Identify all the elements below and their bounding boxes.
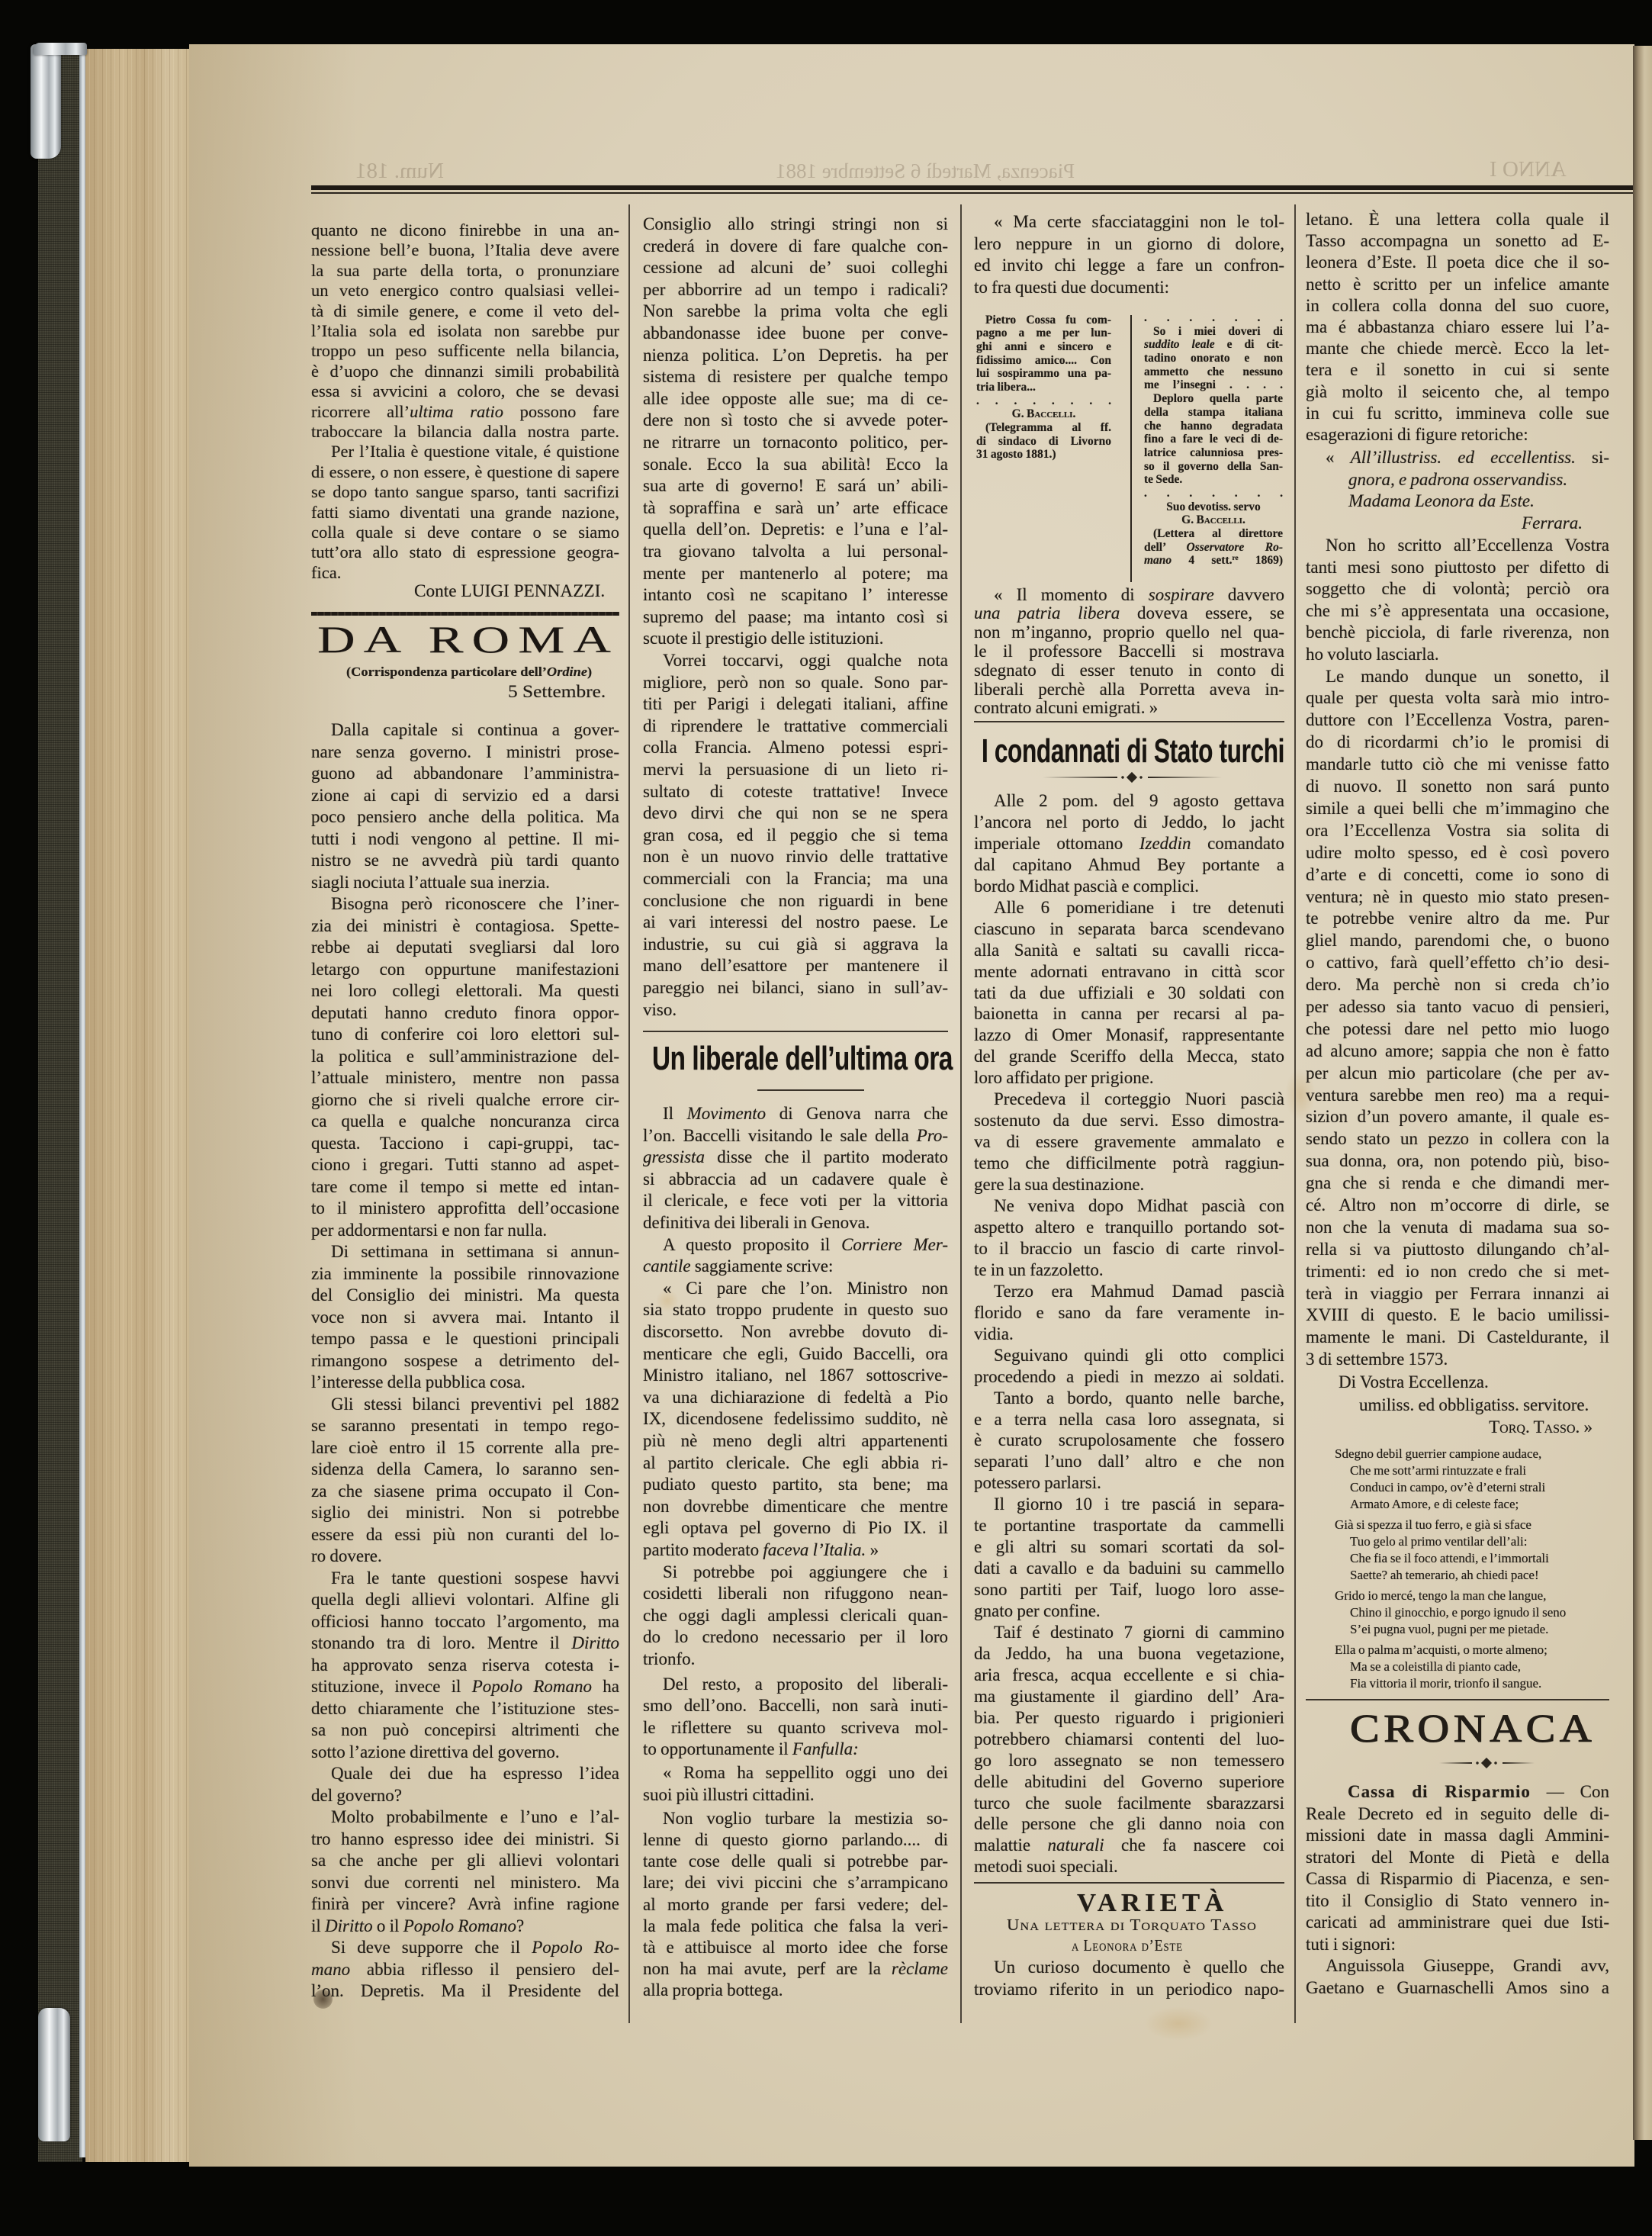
text-line: detto chiaramente che l’istituzione stes… (311, 1698, 619, 1720)
italic-text: Pro- (917, 1126, 948, 1145)
text-line: nistro se ne avvedrà più tardi quanto (311, 850, 619, 872)
text-line: Ma se a coleistilla di pianto cade, (1306, 1659, 1609, 1675)
text-line: Alle 6 pomeridiane i tre detenuti (974, 897, 1284, 919)
text-line: XVIII di questo. E le bacio umilissi- (1306, 1305, 1609, 1327)
text-line: ciascuno in separata barca scendevano (974, 919, 1284, 940)
italic-text: Corriere Mer- (841, 1235, 948, 1254)
article-headline: Un liberale dell’ultima ora (643, 1042, 948, 1079)
text-line: rimangono sospese a detrimento del- (311, 1350, 619, 1372)
text-line: Non ho scritto all’Eccellenza Vostra (1306, 535, 1609, 557)
text-line: cosidetti liberali non rifuggono nean- (643, 1583, 948, 1605)
text-line: IX, dicendosene fedelissimo suddito, nè (643, 1408, 948, 1430)
text-line: imperiale ottomano Izeddin comandato (974, 833, 1284, 854)
text-line: Si deve supporre che il Popolo Ro- (311, 1937, 619, 1959)
italic-text: ultima ratio (410, 402, 503, 421)
dateline-text: 5 Settembre. (508, 682, 606, 702)
small-caps-name: G. Baccelli. (1181, 513, 1245, 526)
text-line: Pietro Cossa fu com- (976, 314, 1111, 327)
text-line: mente adornati entravano in città scor (974, 961, 1284, 983)
subheading-text: Una lettera di Torquato Tasso (1007, 1916, 1257, 1933)
text-line: l’attuale ministero, mentre non passa (311, 1067, 619, 1089)
paragraph: Tanto a bordo, quanto nelle barche,e a t… (974, 1388, 1284, 1494)
text-line: migliore, però non so quale. Sono par- (643, 672, 948, 694)
paragraph: Fra le tante questioni sospese havviquel… (311, 1568, 619, 1764)
text-line: sotto l’azione direttiva del governo. (311, 1742, 619, 1764)
text-line: loro affidato per prigione. (974, 1067, 1284, 1089)
text-line: Tuo gelo al primo ventilar dell’ali: (1306, 1533, 1609, 1550)
newspaper-page-scan: Num. 181 Piacenza, Martedì 6 Settembre 1… (0, 0, 1652, 2236)
text-line: al morto grande per farsi vedere; del- (643, 1894, 948, 1916)
italic-text: All’illustriss. ed eccellentiss. (1351, 448, 1576, 467)
endpaper-edge (79, 53, 85, 2157)
italic-text: gressista (643, 1147, 705, 1166)
text-line: « Il momento di sospirare davvero (974, 586, 1284, 605)
text-line: mandarle tutto ciò che mi venisse fatto (1306, 754, 1609, 776)
text-line: finirà per vincere? Avrà infine ragione (311, 1893, 619, 1916)
text-run: to opportunamente il (643, 1739, 792, 1758)
text-run: comandato (1191, 834, 1284, 853)
text-line: che mi s’è appresentata una occasione, (1306, 600, 1609, 623)
italic-text: suddito leale (1144, 338, 1215, 351)
text-line: Grido io mercé, tengo la man che langue, (1306, 1588, 1609, 1604)
text-line: devo dirvi che qui non se ne spera (643, 803, 948, 825)
text-line: S’ei pugna vuol, pugni per me pietade. (1306, 1621, 1609, 1638)
text-line: mano 4 sett.re 1869) (1144, 554, 1283, 568)
text-line: ricorrere all’ultima ratio possono fare (311, 402, 619, 422)
text-line: per addormentarsi e non far nulla. (311, 1220, 619, 1242)
text-line: te portantine trasportate da cammelli (974, 1515, 1284, 1536)
text-run: Si deve supporre che il (331, 1938, 532, 1957)
superscript: re (1233, 555, 1239, 562)
text-line: quale per questa volta sarà mio intro- (1306, 687, 1609, 709)
italic-text: Movimento (687, 1104, 766, 1123)
page-edges-stack (85, 49, 191, 2162)
text-run: il (311, 1916, 325, 1935)
text-line: Cassa di Risparmio — Con (1306, 1781, 1609, 1803)
text-line: duttore con l’Eccellenza Vostra, paren- (1306, 709, 1609, 732)
text-line: tempo passa e le questioni principali (311, 1328, 619, 1350)
text-line: colla quale si deve contare o se siamo (311, 523, 619, 542)
text-line: ed invito chi legge a fare un confron- (974, 255, 1284, 277)
text-line: cé. Altro non m’occorre di dirle, se (1306, 1195, 1609, 1217)
text-line: aria fresca, acqua eccellente e si chia- (974, 1665, 1284, 1686)
text-line: contrato alcuni emigrati. » (974, 699, 1284, 718)
text-line: sa non può concepirsi altrimenti che (311, 1720, 619, 1742)
text-line: tare come il tempo si mette ed intan- (311, 1176, 619, 1198)
text-line: già molto il seicento che, al tempo (1306, 381, 1609, 403)
text-line: potessero parlarsi. (974, 1472, 1284, 1494)
text-line: Non voglio turbare la mestizia so- (643, 1808, 948, 1829)
italic-text: rèclame (892, 1959, 948, 1978)
ornament-icon (1472, 1758, 1503, 1768)
text-line: non che la venuta di madama sua so- (1306, 1217, 1609, 1239)
text-line: « Roma ha seppellito oggi uno dei (643, 1762, 948, 1784)
column-1: quanto ne dicono finirebbe in una an-nes… (311, 0, 619, 2236)
text-line: G. Baccelli. (1144, 513, 1283, 527)
text-line: Ne veniva dopo Midhat pascià con (974, 1195, 1284, 1217)
text-line: udire molto spesso, ed è così povero (1306, 842, 1609, 864)
text-line: ho voluto lasciarla. (1306, 644, 1609, 666)
text-run: ? (516, 1916, 524, 1935)
text-line: del governo? (311, 1785, 619, 1807)
text-line: colla Francia. Almeno potessi espri- (643, 737, 948, 759)
text-line: Che fia se il foco attendi, e l’immortal… (1306, 1550, 1609, 1567)
text-line: 31 agosto 1881.) (976, 448, 1111, 462)
text-line: Suo devotiss. servo (1144, 500, 1283, 514)
column-divider-1 (628, 204, 630, 2023)
document-right: . . . . . . .So i miei doveri disuddito … (1144, 311, 1283, 568)
column-divider-3 (1294, 204, 1296, 2023)
text-run: e di cit- (1215, 338, 1283, 351)
text-line: . . . . . . . (1144, 311, 1283, 325)
text-line: da Jeddo, ha una buona vegetazione, (974, 1643, 1284, 1665)
paragraph: Si potrebbe poi aggiungere che icosidett… (643, 1562, 948, 1671)
text-line: deputati hanno creduto finora oppor- (311, 1002, 619, 1025)
text-line: Bisogna però riconoscere che l’iner- (311, 893, 619, 915)
text-line: se saranno presentati in tempo rego- (311, 1415, 619, 1437)
text-line: crederá in dovere di fare qualche con- (643, 236, 948, 258)
text-line: sono partiti per Taif, luogo loro asse- (974, 1579, 1284, 1601)
italic-text: gnora, e padrona osservandiss. (1348, 470, 1567, 489)
text-run: non ha mai avute, perf are la (643, 1959, 892, 1978)
text-line: se dopo tanto sangue sparso, tanti sacri… (311, 482, 619, 502)
text-line: va una dichiarazione di fedeltà a Pio (643, 1387, 948, 1409)
text-run: l’on. Baccelli visitando le sale della (643, 1126, 917, 1145)
text-line: lazzo di Omer Monasif, rappresentante (974, 1025, 1284, 1046)
paragraph: Le mando dunque un sonetto, ilquale per … (1306, 666, 1609, 1372)
text-line: letargo con oppurtune manifestazioni (311, 959, 619, 981)
text-line: viso. (643, 999, 948, 1021)
page-gutter-shadow (1633, 46, 1652, 2140)
paragraph: letano. È una lettera colla quale ilTass… (1306, 209, 1609, 446)
column-3: « Ma certe sfacciataggini non le tol-ler… (974, 0, 1284, 2236)
text-line: ad alcuno amore; sappia che non è fatto (1306, 1041, 1609, 1063)
text-line: è curato scrupolosamente che fossero (974, 1430, 1284, 1451)
text-line: gere la sua destinazione. (974, 1174, 1284, 1195)
text-line: tà di simile genere, e come il veto del- (311, 301, 619, 321)
text-line: sistema di resistere per qualche tempo (643, 366, 948, 388)
paragraph: « Ci pare che l’on. Ministro nonsia stat… (643, 1278, 948, 1562)
paragraph: Terzo era Mahmud Damad pasciàflorido e s… (974, 1281, 1284, 1345)
paragraph: Precedeva il corteggio Nuori pasciàsoste… (974, 1089, 1284, 1195)
text-line: siagli nociuta l’attuale sua inerzia. (311, 872, 619, 894)
text-line: sdegnato di esser tenuto in conto di (974, 661, 1284, 680)
paragraph: Consiglio allo stringi stringi non sicre… (643, 214, 948, 650)
text-line: di sindaco di Livorno (976, 435, 1111, 449)
letter-closing: Di Vostra Eccellenza.umiliss. ed obbliga… (1306, 1371, 1609, 1439)
text-line: do di ricordarmi ch’io le promisi di (1306, 732, 1609, 754)
text-line: Si potrebbe poi aggiungere che i (643, 1562, 948, 1584)
text-line: « All’illustriss. ed eccellentiss. si- (1306, 447, 1609, 469)
metal-corner-clip-top-cap (34, 43, 87, 55)
text-line: (Lettera al direttore (1144, 527, 1283, 541)
text-line: stonando tra di loro. Mentre il Diritto (311, 1633, 619, 1655)
headline-text: VARIETÀ (1077, 1890, 1228, 1916)
text-line: simile a quei belli che m’immagino che (1306, 798, 1609, 820)
text-line: zia dei ministri è contagiosa. Spette- (311, 915, 619, 938)
text-line: sa che anche per gli allievi volontari (311, 1850, 619, 1872)
italic-text: naturali (1047, 1835, 1104, 1855)
paragraph: « Roma ha seppellito oggi uno deisuoi pi… (643, 1762, 948, 1806)
paragraph: Seguivano quindi gli otto compliciproced… (974, 1345, 1284, 1388)
text-line: che potessi dare nel petto mio luogo (1306, 1018, 1609, 1041)
text-line: l’Italia sola ed isolata non sarebbe pur (311, 321, 619, 341)
ornament-flourish (1043, 771, 1222, 783)
text-line: discorsetto. Non avrebbe dovuto di- (643, 1321, 948, 1343)
text-line: fatti siamo diventati una grande nazione… (311, 503, 619, 523)
paragraph: Il giorno 10 i tre pasciá in separa-te p… (974, 1494, 1284, 1622)
ornament-right-line (1503, 1762, 1535, 1764)
text-line: fica. (311, 563, 619, 583)
column-2: Consiglio allo stringi stringi non sicre… (643, 0, 948, 2236)
text-line: Molto probabilmente e l’uno e l’al- (311, 1806, 619, 1829)
signature-text: Conte LUIGI PENNAZZI. (414, 581, 605, 601)
text-line: sultato di coteste trattative! Invece (643, 781, 948, 803)
text-line: tanti mesi sono piuttosto per difetto di (1306, 557, 1609, 579)
text-line: Sdegno debil guerrier campione audace, (1306, 1446, 1609, 1462)
section-divider-rule (1306, 1699, 1609, 1700)
text-line: Fia vittoria il morir, trionfo il sangue… (1306, 1675, 1609, 1692)
text-run: di Genova narra che (766, 1104, 948, 1123)
text-line: officiosi hanno toccato l’argomento, ma (311, 1611, 619, 1633)
text-run: abbia riflesso il pensiero del- (350, 1960, 619, 1979)
text-line: una patria libera doveva essere, se (974, 604, 1284, 623)
text-line: sua arte di governo! E sará un’ abili- (643, 475, 948, 497)
paragraph: Non voglio turbare la mestizia so-lenne … (643, 1808, 948, 2001)
text-line: ventura; nè in questo mio stato presen- (1306, 886, 1609, 909)
text-line: stratori del Monte di Pietà e della (1306, 1847, 1609, 1869)
text-line: traboccare la bilancia dalla nostra part… (311, 422, 619, 442)
text-line: di riprendere le trattative commerciali (643, 716, 948, 738)
text-line: il Diritto o il Popolo Romano? (311, 1916, 619, 1938)
text-line: conclusione che non riguardi in bene (643, 890, 948, 912)
text-line: caricati ad amministrare quei due Isti- (1306, 1912, 1609, 1934)
column-4: letano. È una lettera colla quale ilTass… (1306, 0, 1609, 2236)
ornament-left-line (1043, 777, 1117, 778)
text-line: voce non si avvera mai. Intanto il (311, 1307, 619, 1329)
text-line: te in un fazzoletto. (974, 1260, 1284, 1281)
text-line: tuti i signori: (1306, 1934, 1609, 1956)
text-line: e gli altri su somari scortati da sol- (974, 1536, 1284, 1558)
text-run: ricorrere all’ (311, 402, 410, 421)
text-line: tutti i nodi vengono al pettine. Il mi- (311, 828, 619, 851)
text-line: sostenuto da due servi. Esso dimostra- (974, 1110, 1284, 1131)
text-run: stituzione, invece il (311, 1677, 472, 1696)
text-line: lare; dei vivi piccini che s’arrampicano (643, 1872, 948, 1893)
text-line: potrebbero chiamarsi contenti del luo- (974, 1729, 1284, 1750)
text-line: so il governo della San- (1144, 460, 1283, 474)
text-line: lare cioè entro il 15 corrente alla pre- (311, 1437, 619, 1459)
headline-text: I condannati di Stato turchi (982, 735, 1284, 768)
text-run: disse che il partito moderato (705, 1147, 948, 1166)
text-line: liberali perchè alla Porretta aveva in- (974, 680, 1284, 700)
text-line: gnato per confine. (974, 1601, 1284, 1622)
text-line: tuno di conferire coi loro elettori sul- (311, 1024, 619, 1046)
text-line: So i miei doveri di (1144, 325, 1283, 339)
text-line: industrie, su cui già si aggrava la (643, 934, 948, 956)
paragraph: Un curioso documento è quello chetroviam… (974, 1956, 1284, 2000)
text-line: tà e attibuisce al morto idee che forse (643, 1937, 948, 1958)
text-line: di essere, o non essere, è questione di … (311, 462, 619, 482)
text-line: Deploro quella parte (1144, 392, 1283, 406)
text-line: un veto energico contro qualsiasi vellei… (311, 281, 619, 301)
text-line: Non sarebbe la prima volta che egli (643, 301, 948, 323)
text-line: tro hanno espresso idee dei ministri. Si (311, 1829, 619, 1851)
text-line: me l’insegni . . . . (1144, 378, 1283, 392)
text-line: vidia. (974, 1324, 1284, 1345)
paragraph: Molto probabilmente e l’uno e l’al-tro h… (311, 1806, 619, 1937)
text-line: bia. Per questo riguardo i prigionieri (974, 1707, 1284, 1729)
paragraph: « Il momento di sospirare davverouna pat… (974, 586, 1284, 719)
article-headline: I condannati di Stato turchi (974, 735, 1284, 771)
text-line: 3 di settembre 1573. (1306, 1349, 1609, 1371)
text-line: smo dell’ono. Baccelli, non sarà inuti- (643, 1695, 948, 1717)
text-line: non dovrebbe dimenticare che mentre (643, 1496, 948, 1518)
small-caps-name: G. Baccelli. (1012, 407, 1076, 420)
text-line: G. Baccelli. (976, 407, 1111, 421)
text-line: sonvi due correnti nel ministero. Ma (311, 1872, 619, 1894)
section-divider-rule (757, 1089, 864, 1091)
small-caps-name: Torq. Tasso. (1489, 1417, 1580, 1437)
italic-text: faceva l’Italia. (763, 1540, 866, 1559)
text-line: Già si spezza il tuo ferro, e già si sfa… (1306, 1517, 1609, 1533)
text-line: ma é abbastanza chiaro essere lui l’a- (1306, 317, 1609, 338)
text-run: 4 sett. (1172, 554, 1232, 567)
text-line: ca quella e qualche noncuranza circa (311, 1111, 619, 1133)
text-line: il clericale, e fece voti per la vittori… (643, 1190, 948, 1212)
text-line: mano abbia riflesso il pensiero del- (311, 1959, 619, 1981)
text-line: poco pensiero anche della politica. Ma (311, 806, 619, 828)
text-line: za che siasene prima occupato il Con- (311, 1481, 619, 1503)
text-line: la mala fede politica che falsa la veri- (643, 1916, 948, 1937)
paragraph: Bisogna però riconoscere che l’iner-zia … (311, 893, 619, 1241)
italic-text: Fanfulla: (792, 1739, 859, 1758)
paragraph: A questo proposito il Corriere Mer-canti… (643, 1234, 948, 1278)
text-line: nare senza governo. I ministri prose- (311, 742, 619, 764)
italic-text: Osservatore Ro- (1187, 541, 1283, 554)
text-line: menticare che egli, Guido Baccelli, ora (643, 1343, 948, 1366)
text-line: di nuovo. Il sonetto non sará punto (1306, 776, 1609, 798)
text-line: va di essere gravemente ammalato e (974, 1131, 1284, 1153)
text-line: turco che suole facilmente sbarazzarsi (974, 1793, 1284, 1814)
italic-text: cantile (643, 1256, 691, 1276)
text-line: Saette? ah temerario, ah chiedi pace! (1306, 1567, 1609, 1584)
text-line: Tasso accompagna un sonetto ad E- (1306, 230, 1609, 252)
text-line: ne ritrarre un tornaconto politico, per- (643, 432, 948, 454)
text-run: malattie (974, 1835, 1047, 1855)
text-line: nienza politica. L’on Depretis. ha per (643, 345, 948, 367)
text-line: tera e il sonetto in cui si sente (1306, 359, 1609, 381)
text-line: Chino il ginocchio, e porgo ignudo il se… (1306, 1604, 1609, 1621)
text-line: « Ma certe sfacciataggini non le tol- (974, 211, 1284, 233)
text-line: troviamo riferito in un periodico napo- (974, 1978, 1284, 2000)
text-line: Gli stessi bilanci preventivi pel 1882 (311, 1394, 619, 1416)
text-line: ciono i gregari. Tutti stanno ad aspet- (311, 1154, 619, 1176)
text-line: al partito clericale. Che egli abbia ri- (643, 1453, 948, 1475)
text-line: Armato Amore, e di celeste face; (1306, 1496, 1609, 1513)
text-line: scuote il prestigio delle istituzioni. (643, 628, 948, 650)
text-line: sizion d’un povero amante, il quale es- (1306, 1106, 1609, 1128)
italic-text: Ordine (547, 664, 587, 679)
text-run: partito moderato (643, 1540, 763, 1559)
text-line: guono ad abbandonare l’amministra- (311, 763, 619, 785)
text-line: nei loro collegi elettorali. Ma questi (311, 980, 619, 1002)
paragraph: Gli stessi bilanci preventivi pel 1882se… (311, 1394, 619, 1568)
paragraph: Di settimana in settimana si annun-zia i… (311, 1241, 619, 1394)
text-line: per adesso sia tanto vacuo di pensieri, (1306, 996, 1609, 1018)
text-line: quanto ne dicono finirebbe in una an- (311, 220, 619, 240)
text-run: o il (373, 1916, 403, 1935)
text-line: la politica e sull’amministrazione del- (311, 1046, 619, 1068)
article-headline: DA ROMA (311, 621, 619, 658)
text-line: cantile saggiamente scrive: (643, 1256, 948, 1278)
text-line: alla propria bottega. (643, 1980, 948, 2001)
text-line: troppo un peso sufficente nella bilancia… (311, 341, 619, 361)
text-line: baionetta in canna per recarsi al pa- (974, 1003, 1284, 1025)
paragraph: Alle 6 pomeridiane i tre detenuticiascun… (974, 897, 1284, 1089)
text-line: gressista disse che il partito moderato (643, 1147, 948, 1169)
text-line: tati da due uffiziali e 30 soldati con (974, 983, 1284, 1004)
text-line: missioni date in massa dagli Ammini- (1306, 1825, 1609, 1847)
text-line: sendo stato un pezzo in collera con la (1306, 1128, 1609, 1150)
text-line: mamente le mani. Di Casteldurante, il (1306, 1327, 1609, 1349)
text-line: si abbraccia ad un cadavere quale è (643, 1169, 948, 1191)
text-line: Del resto, a proposito del liberali- (643, 1674, 948, 1696)
text-line: dati a cavallo e da baduini su cammello (974, 1558, 1284, 1579)
text-line: esagerazioni di figure retoriche: (1306, 424, 1609, 446)
paragraph: Quale dei due ha espresso l’ideadel gove… (311, 1763, 619, 1806)
headline-text: Un liberale dell’ultima ora (652, 1042, 953, 1076)
text-line: bordo Midhat pascià e complici. (974, 876, 1284, 897)
text-line: zione ai capi di servizio ed a darsi (311, 785, 619, 807)
text-line: rebbe ai deputati svegliarsi dal loro (311, 937, 619, 959)
text-run: 1869) (1239, 554, 1283, 567)
text-line: ventura sarebbe men reo) ma a requi- (1306, 1085, 1609, 1107)
paragraph: Non ho scritto all’Eccellenza Vostratant… (1306, 535, 1609, 666)
ornament-right-line (1148, 777, 1223, 778)
text-line: latrice calunniosa pres- (1144, 446, 1283, 460)
text-line: metodi suoi speciali. (974, 1856, 1284, 1877)
text-line: Per l’Italia è questione vitale, é quist… (311, 442, 619, 462)
italic-text: Popolo Ro- (532, 1938, 619, 1957)
text-line: e a terra nella casa loro assegnata, si (974, 1409, 1284, 1430)
text-line: Tanto a bordo, quanto nelle barche, (974, 1388, 1284, 1409)
text-line: Ministro italiano, nel 1867 sottoscrive- (643, 1365, 948, 1387)
text-line: Madama Leonora da Este. (1306, 491, 1609, 513)
article-headline: CRONACA (1306, 1710, 1609, 1747)
italic-text: Popolo Romano (403, 1916, 516, 1935)
text-line: Ferrara. (1306, 513, 1609, 535)
metal-corner-clip-bottom (38, 2008, 70, 2141)
text-run: stonando tra di loro. Mentre il (311, 1633, 571, 1652)
text-line: l’on. Baccelli visitando le sale della P… (643, 1125, 948, 1147)
text-run: ) (587, 664, 592, 679)
text-line: tadino onorato e non (1144, 352, 1283, 365)
text-line: della stampa italiana (1144, 406, 1283, 420)
text-line: del grande Sceriffo della Mecca, stato (974, 1046, 1284, 1067)
ornament-left-line (1439, 1762, 1472, 1764)
text-line: florido e sano da fare veramente in- (974, 1302, 1284, 1324)
text-line: Precedeva il corteggio Nuori pascià (974, 1089, 1284, 1110)
salutation-address: « All’illustriss. ed eccellentiss. si-gn… (1306, 447, 1609, 534)
text-line: sonale. Ecco la sua abilità! Ecco la (643, 454, 948, 476)
section-divider-rule (974, 1882, 1284, 1884)
text-line: nessione bell’e buona, l’Italia deve ave… (311, 240, 619, 260)
italic-text: Diritto (571, 1633, 619, 1652)
document-divider-rule (1130, 315, 1132, 582)
subheading-text: a Leonora d’Este (1072, 1937, 1183, 1954)
text-line: stituzione, invece il Popolo Romano ha (311, 1676, 619, 1698)
